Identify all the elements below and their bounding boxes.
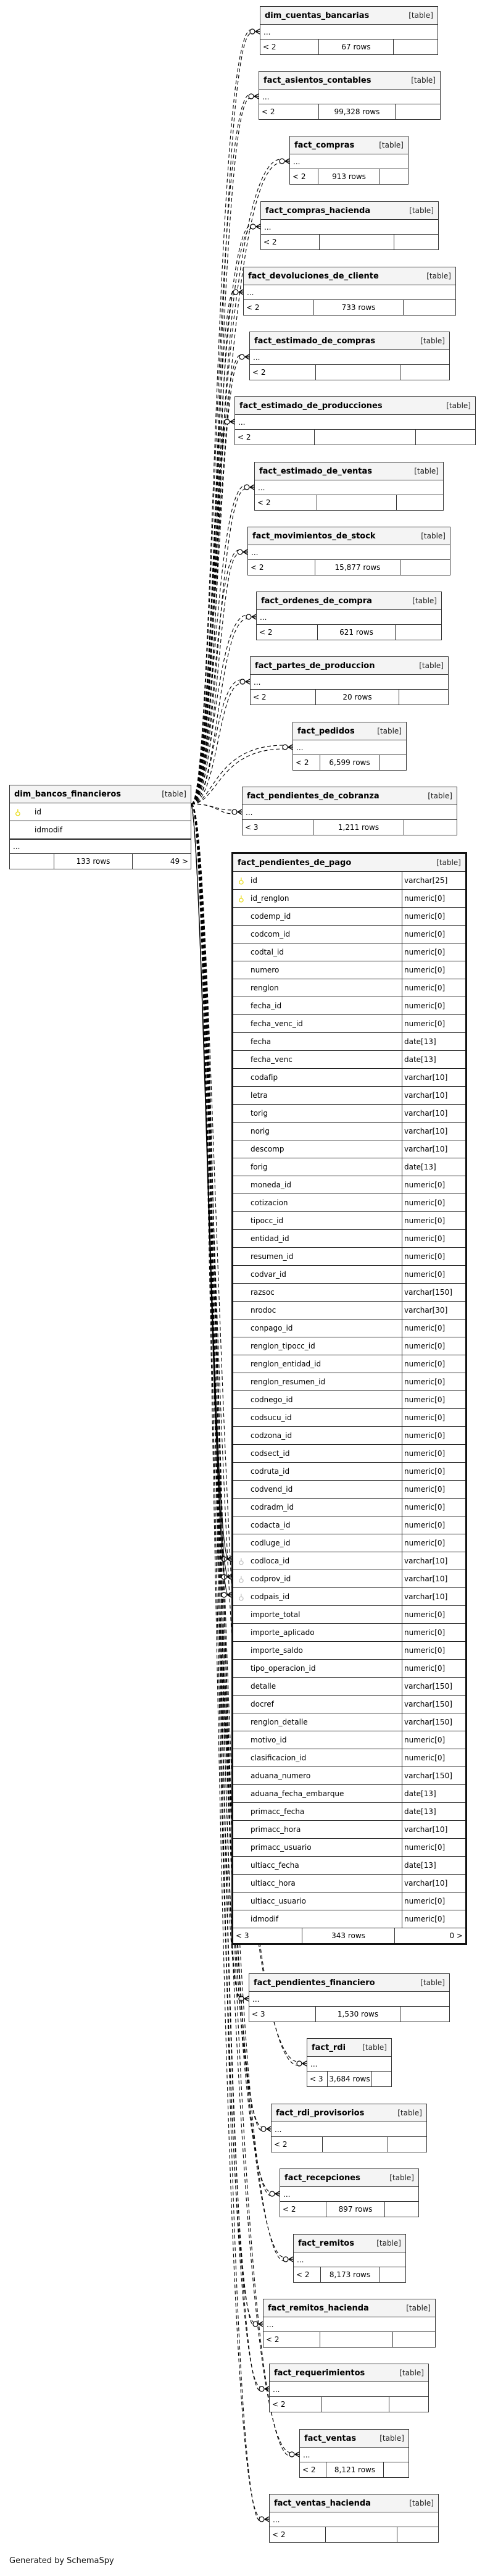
- column-row-codsucu-id: codsucu_idnumeric[0]: [233, 1409, 465, 1427]
- children-link[interactable]: [389, 2397, 428, 2412]
- column-row-codruta-id: codruta_idnumeric[0]: [233, 1463, 465, 1481]
- column-type: numeric[0]: [402, 1391, 465, 1408]
- table-name-fact-rdi[interactable]: fact_rdi: [312, 2043, 346, 2052]
- column-name: resumen_id: [249, 1252, 402, 1261]
- table-header: fact_rdi[table]: [307, 2039, 391, 2057]
- children-link[interactable]: [380, 169, 408, 184]
- column-type: date[13]: [402, 1803, 465, 1820]
- table-fact-remitos[interactable]: fact_remitos[table]...< 28,173 rows: [293, 2234, 406, 2283]
- table-name-fact-compras-hacienda[interactable]: fact_compras_hacienda: [265, 206, 370, 215]
- children-link[interactable]: [400, 560, 450, 575]
- table-footer: < 2897 rows: [280, 2202, 418, 2217]
- table-header: fact_devoluciones_de_cliente[table]: [244, 267, 455, 285]
- table-header: fact_requerimientos[table]: [270, 2364, 428, 2382]
- children-link[interactable]: [416, 430, 475, 445]
- table-type-label: [table]: [415, 532, 446, 540]
- row-count: [323, 2137, 388, 2152]
- parents-link[interactable]: < 3: [243, 820, 313, 835]
- table-name-fact-estimado-de-compras[interactable]: fact_estimado_de_compras: [254, 337, 375, 346]
- collapsed-columns: ...: [255, 480, 443, 495]
- column-row-codvar-id: codvar_idnumeric[0]: [233, 1266, 465, 1284]
- table-type-label: [table]: [373, 141, 404, 149]
- table-name-fact-ventas-hacienda[interactable]: fact_ventas_hacienda: [274, 2499, 371, 2508]
- column-name: id_renglon: [249, 894, 402, 903]
- column-name: codnego_id: [249, 1395, 402, 1404]
- column-name: importe_aplicado: [249, 1628, 402, 1637]
- collapsed-columns: ...: [272, 2122, 426, 2137]
- column-name: codvar_id: [249, 1270, 402, 1279]
- parents-link[interactable]: < 3: [233, 1928, 302, 1943]
- column-row-codprov-id: ⚲codprov_idvarchar[10]: [233, 1570, 465, 1588]
- column-row-ultiacc-hora: ultiacc_horavarchar[10]: [233, 1875, 465, 1892]
- table-header: dim_cuentas_bancarias[table]: [260, 7, 438, 25]
- table-type-label: [table]: [420, 272, 451, 280]
- column-row-codemp-id: codemp_idnumeric[0]: [233, 908, 465, 926]
- column-name: razsoc: [249, 1288, 402, 1297]
- table-fact-rdi[interactable]: fact_rdi[table]...< 33,684 rows: [307, 2038, 392, 2087]
- column-name: conpago_id: [249, 1324, 402, 1332]
- collapsed-columns: ...: [293, 740, 406, 755]
- parents-link[interactable]: < 2: [280, 2202, 326, 2217]
- collapsed-columns: ...: [294, 2252, 405, 2267]
- column-type: varchar[10]: [402, 1821, 465, 1838]
- table-type-label: [table]: [414, 1978, 445, 1987]
- table-name-fact-pendientes-financiero[interactable]: fact_pendientes_financiero: [254, 1978, 375, 1988]
- table-type-label: [table]: [408, 467, 439, 475]
- collapsed-columns: ...: [270, 2512, 438, 2527]
- column-row-conpago-id: conpago_idnumeric[0]: [233, 1319, 465, 1337]
- column-name: codloca_id: [249, 1557, 402, 1565]
- primary-key-icon: ⚲: [233, 876, 249, 885]
- primary-key-icon: ⚲: [233, 894, 249, 903]
- children-link[interactable]: [404, 300, 455, 315]
- table-name-fact-devoluciones-de-cliente[interactable]: fact_devoluciones_de_cliente: [248, 272, 379, 281]
- row-count: [317, 495, 397, 510]
- children-link[interactable]: [396, 625, 441, 640]
- column-row-aduana-fecha-embarque: aduana_fecha_embarquedate[13]: [233, 1785, 465, 1803]
- column-row-fecha-venc: fecha_vencdate[13]: [233, 1051, 465, 1069]
- table-name-fact-remitos[interactable]: fact_remitos: [298, 2239, 354, 2248]
- table-type-label: [table]: [414, 337, 445, 345]
- collapsed-columns: ...: [280, 2187, 418, 2202]
- column-name: id: [249, 876, 402, 885]
- table-header: fact_estimado_de_producciones[table]: [235, 397, 475, 415]
- table-name-fact-ordenes-de-compra[interactable]: fact_ordenes_de_compra: [261, 596, 372, 606]
- parents-link[interactable]: < 2: [261, 235, 320, 249]
- column-type: numeric[0]: [402, 1409, 465, 1426]
- column-name: renglon_resumen_id: [249, 1378, 402, 1386]
- column-type: numeric[0]: [402, 1749, 465, 1767]
- table-name-fact-movimientos-de-stock[interactable]: fact_movimientos_de_stock: [252, 532, 376, 541]
- column-name: clasificacion_id: [249, 1754, 402, 1762]
- table-name-fact-rdi-provisorios[interactable]: fact_rdi_provisorios: [276, 2109, 364, 2118]
- column-row-renglon: renglonnumeric[0]: [233, 979, 465, 997]
- collapsed-columns: ...: [263, 2317, 435, 2332]
- children-link[interactable]: [384, 2462, 409, 2477]
- column-row-importe-saldo: importe_saldonumeric[0]: [233, 1642, 465, 1660]
- column-row-entidad-id: entidad_idnumeric[0]: [233, 1230, 465, 1248]
- column-type: numeric[0]: [402, 1642, 465, 1659]
- children-link[interactable]: [399, 690, 448, 705]
- parents-link[interactable]: < 2: [263, 2332, 320, 2347]
- parents-link[interactable]: [10, 854, 54, 869]
- parents-link[interactable]: < 2: [259, 104, 319, 119]
- column-type: numeric[0]: [402, 1606, 465, 1623]
- column-name: forig: [249, 1163, 402, 1171]
- table-fact-estimado-de-ventas[interactable]: fact_estimado_de_ventas[table]...< 2: [254, 462, 444, 511]
- table-fact-movimientos-de-stock[interactable]: fact_movimientos_de_stock[table]...< 215…: [247, 527, 450, 575]
- children-link[interactable]: [380, 2267, 405, 2282]
- table-name-fact-pendientes-de-pago[interactable]: fact_pendientes_de_pago: [238, 858, 351, 868]
- table-footer: < 2913 rows: [290, 169, 408, 184]
- table-footer: < 2733 rows: [244, 300, 455, 315]
- table-name-fact-requerimientos[interactable]: fact_requerimientos: [274, 2369, 365, 2378]
- table-header: fact_ordenes_de_compra[table]: [257, 592, 441, 610]
- table-header: fact_pendientes_de_cobranza[table]: [243, 787, 457, 805]
- column-name: ultiacc_usuario: [249, 1897, 402, 1905]
- parents-link[interactable]: < 3: [249, 2007, 316, 2022]
- column-type: varchar[150]: [402, 1696, 465, 1713]
- column-type: numeric[0]: [402, 961, 465, 979]
- children-link[interactable]: [404, 820, 457, 835]
- parents-link[interactable]: < 2: [294, 2267, 321, 2282]
- parents-link[interactable]: < 2: [251, 690, 316, 705]
- table-dim-cuentas-bancarias[interactable]: dim_cuentas_bancarias[table]...< 267 row…: [260, 6, 438, 55]
- column-row-codtal-id: codtal_idnumeric[0]: [233, 943, 465, 961]
- collapsed-columns: ...: [307, 2057, 391, 2072]
- column-row-aduana-numero: aduana_numerovarchar[150]: [233, 1767, 465, 1785]
- children-link[interactable]: [385, 2202, 418, 2217]
- table-name-dim-cuentas-bancarias[interactable]: dim_cuentas_bancarias: [265, 11, 369, 20]
- column-type: varchar[25]: [402, 872, 465, 889]
- table-fact-compras-hacienda[interactable]: fact_compras_hacienda[table]...< 2: [260, 201, 439, 250]
- table-name-fact-estimado-de-ventas[interactable]: fact_estimado_de_ventas: [259, 467, 372, 476]
- row-count: 1,530 rows: [316, 2007, 400, 2022]
- column-type: numeric[0]: [402, 890, 465, 907]
- parents-link[interactable]: < 2: [290, 169, 318, 184]
- column-type: date[13]: [402, 1857, 465, 1874]
- children-link[interactable]: [388, 2137, 426, 2152]
- children-link[interactable]: 0 >: [395, 1928, 465, 1943]
- table-fact-pendientes-de-pago[interactable]: fact_pendientes_de_pago[table]⚲idvarchar…: [231, 852, 467, 1945]
- column-type: varchar[10]: [402, 1552, 465, 1570]
- column-type: numeric[0]: [402, 1660, 465, 1677]
- column-row-forig: forigdate[13]: [233, 1158, 465, 1176]
- parents-link[interactable]: < 2: [244, 300, 314, 315]
- column-type: numeric[0]: [402, 979, 465, 997]
- column-type: numeric[0]: [402, 1248, 465, 1265]
- children-link[interactable]: 49 >: [133, 854, 191, 869]
- children-link[interactable]: [394, 235, 438, 249]
- table-header: fact_estimado_de_compras[table]: [250, 332, 449, 350]
- table-fact-compras[interactable]: fact_compras[table]...< 2913 rows: [289, 136, 409, 185]
- table-type-label: [table]: [393, 2369, 424, 2377]
- column-row-letra: letravarchar[10]: [233, 1087, 465, 1105]
- parents-link[interactable]: < 2: [293, 755, 320, 770]
- column-name: renglon_detalle: [249, 1718, 402, 1726]
- table-header: fact_asientos_contables[table]: [259, 72, 440, 90]
- column-type: varchar[10]: [402, 1588, 465, 1605]
- foreign-key-icon: ⚲: [233, 1592, 249, 1602]
- column-name: cotizacion: [249, 1198, 402, 1207]
- table-name-fact-compras[interactable]: fact_compras: [294, 141, 354, 150]
- collapsed-columns: ...: [249, 1992, 449, 2007]
- table-footer: < 2: [250, 365, 449, 380]
- column-name: codtal_id: [249, 948, 402, 956]
- parents-link[interactable]: < 2: [300, 2462, 326, 2477]
- column-name: id: [26, 808, 191, 816]
- children-link[interactable]: [400, 365, 449, 380]
- row-count: 913 rows: [318, 169, 380, 184]
- collapsed-columns: ...: [260, 25, 438, 40]
- table-footer: < 28,173 rows: [294, 2267, 405, 2282]
- column-row-numero: numeronumeric[0]: [233, 961, 465, 979]
- row-count: 621 rows: [318, 625, 396, 640]
- table-footer: < 2: [270, 2397, 428, 2412]
- parents-link[interactable]: < 2: [272, 2137, 323, 2152]
- table-header: fact_pendientes_financiero[table]: [249, 1974, 449, 1992]
- column-type: numeric[0]: [402, 943, 465, 961]
- collapsed-columns: ...: [270, 2382, 428, 2397]
- column-row-codacta-id: codacta_idnumeric[0]: [233, 1516, 465, 1534]
- foreign-key-icon: ⚲: [233, 1557, 249, 1566]
- column-name: descomp: [249, 1145, 402, 1153]
- children-link[interactable]: [380, 755, 406, 770]
- table-fact-ventas-hacienda[interactable]: fact_ventas_hacienda[table]...< 2: [269, 2494, 439, 2543]
- children-link[interactable]: [394, 40, 438, 54]
- table-header: fact_remitos_hacienda[table]: [263, 2299, 435, 2317]
- column-type: numeric[0]: [402, 1212, 465, 1229]
- table-header: fact_ventas[table]: [300, 2430, 409, 2448]
- children-link[interactable]: [396, 104, 440, 119]
- table-fact-pendientes-financiero[interactable]: fact_pendientes_financiero[table]...< 31…: [249, 1973, 450, 2022]
- table-fact-rdi-provisorios[interactable]: fact_rdi_provisorios[table]...< 2: [271, 2104, 427, 2152]
- column-type: numeric[0]: [402, 1910, 465, 1928]
- parents-link[interactable]: < 3: [307, 2072, 328, 2086]
- column-row-ultiacc-fecha: ultiacc_fechadate[13]: [233, 1857, 465, 1875]
- table-type-label: [table]: [373, 2434, 404, 2443]
- parents-link[interactable]: < 2: [270, 2527, 326, 2542]
- column-row-torig: torigvarchar[10]: [233, 1105, 465, 1123]
- table-fact-asientos-contables[interactable]: fact_asientos_contables[table]...< 299,3…: [259, 71, 441, 120]
- column-name: codsect_id: [249, 1449, 402, 1458]
- column-name: fecha_venc: [249, 1055, 402, 1064]
- table-type-label: [table]: [405, 76, 436, 85]
- column-row-codnego-id: codnego_idnumeric[0]: [233, 1391, 465, 1409]
- table-header: fact_rdi_provisorios[table]: [272, 2104, 426, 2122]
- table-footer: < 2: [255, 495, 443, 510]
- column-row: idmodif: [10, 821, 191, 839]
- table-name-fact-asientos-contables[interactable]: fact_asientos_contables: [263, 76, 371, 85]
- collapsed-columns: ...: [251, 675, 448, 690]
- table-type-label: [table]: [356, 2043, 387, 2052]
- column-type: varchar[150]: [402, 1767, 465, 1784]
- column-type: date[13]: [402, 1051, 465, 1068]
- column-type: numeric[0]: [402, 1015, 465, 1032]
- column-name: motivo_id: [249, 1736, 402, 1744]
- row-count: 20 rows: [316, 690, 399, 705]
- foreign-key-icon: ⚲: [233, 1574, 249, 1584]
- parents-link[interactable]: < 2: [260, 40, 319, 54]
- children-link[interactable]: [397, 2527, 438, 2542]
- table-fact-requerimientos[interactable]: fact_requerimientos[table]...< 2: [269, 2364, 429, 2412]
- column-name: detalle: [249, 1682, 402, 1691]
- table-footer: < 3343 rows0 >: [233, 1928, 465, 1943]
- column-name: codzona_id: [249, 1431, 402, 1440]
- table-name-fact-remitos-hacienda[interactable]: fact_remitos_hacienda: [268, 2304, 369, 2313]
- column-type: numeric[0]: [402, 1266, 465, 1283]
- column-row-docref: docrefvarchar[150]: [233, 1696, 465, 1713]
- table-header: fact_movimientos_de_stock[table]: [248, 527, 450, 545]
- table-name-dim-bancos-financieros[interactable]: dim_bancos_financieros: [14, 790, 121, 799]
- collapsed-columns: ...: [257, 610, 441, 625]
- table-name-fact-partes-de-produccion[interactable]: fact_partes_de_produccion: [255, 661, 375, 671]
- table-name-fact-recepciones[interactable]: fact_recepciones: [284, 2173, 360, 2183]
- column-row-codradm-id: codradm_idnumeric[0]: [233, 1499, 465, 1516]
- table-fact-ventas[interactable]: fact_ventas[table]...< 28,121 rows: [299, 2429, 409, 2478]
- row-count: 99,328 rows: [319, 104, 396, 119]
- column-row-renglon-detalle: renglon_detallevarchar[150]: [233, 1713, 465, 1731]
- column-name: letra: [249, 1091, 402, 1100]
- column-row-renglon-tipocc-id: renglon_tipocc_idnumeric[0]: [233, 1337, 465, 1355]
- collapsed-columns: ...: [300, 2448, 409, 2462]
- column-row-codpais-id: ⚲codpais_idvarchar[10]: [233, 1588, 465, 1606]
- column-name: codluge_id: [249, 1539, 402, 1547]
- column-row-importe-total: importe_totalnumeric[0]: [233, 1606, 465, 1624]
- column-row-tipocc-id: tipocc_idnumeric[0]: [233, 1212, 465, 1230]
- row-count: 897 rows: [326, 2202, 385, 2217]
- table-type-label: [table]: [402, 11, 433, 20]
- column-name: aduana_numero: [249, 1771, 402, 1780]
- table-fact-remitos-hacienda[interactable]: fact_remitos_hacienda[table]...< 2: [263, 2299, 436, 2348]
- table-fact-recepciones[interactable]: fact_recepciones[table]...< 2897 rows: [280, 2168, 419, 2217]
- column-type: numeric[0]: [402, 1516, 465, 1534]
- column-row-moneda-id: moneda_idnumeric[0]: [233, 1176, 465, 1194]
- column-name: codsucu_id: [249, 1413, 402, 1422]
- column-row-razsoc: razsocvarchar[150]: [233, 1284, 465, 1302]
- children-link[interactable]: [372, 2072, 391, 2086]
- table-name-fact-estimado-de-producciones[interactable]: fact_estimado_de_producciones: [239, 401, 383, 411]
- table-fact-partes-de-produccion[interactable]: fact_partes_de_produccion[table]...< 220…: [250, 656, 449, 705]
- row-count: 8,173 rows: [321, 2267, 380, 2282]
- table-fact-estimado-de-compras[interactable]: fact_estimado_de_compras[table]...< 2: [249, 332, 450, 380]
- column-name: ultiacc_fecha: [249, 1861, 402, 1870]
- column-name: renglon_entidad_id: [249, 1360, 402, 1368]
- table-header: fact_pedidos[table]: [293, 722, 406, 740]
- table-footer: < 2: [272, 2137, 426, 2152]
- row-count: [326, 2527, 397, 2542]
- column-type: numeric[0]: [402, 1445, 465, 1462]
- column-name: codpais_id: [249, 1592, 402, 1601]
- table-name-fact-pedidos[interactable]: fact_pedidos: [297, 727, 355, 736]
- column-name: primacc_fecha: [249, 1807, 402, 1816]
- column-row-renglon-entidad-id: renglon_entidad_idnumeric[0]: [233, 1355, 465, 1373]
- table-header: fact_recepciones[table]: [280, 2169, 418, 2187]
- table-footer: 133 rows49 >: [10, 854, 191, 869]
- column-row-importe-aplicado: importe_aplicadonumeric[0]: [233, 1624, 465, 1642]
- column-type: numeric[0]: [402, 1373, 465, 1390]
- table-footer: < 28,121 rows: [300, 2462, 409, 2477]
- table-type-label: [table]: [421, 792, 452, 800]
- row-count: 1,211 rows: [313, 820, 404, 835]
- table-fact-pendientes-de-cobranza[interactable]: fact_pendientes_de_cobranza[table]...< 3…: [242, 787, 457, 835]
- row-count: 8,121 rows: [326, 2462, 384, 2477]
- parents-link[interactable]: < 2: [257, 625, 318, 640]
- table-footer: < 2: [261, 235, 438, 249]
- column-type: numeric[0]: [402, 997, 465, 1014]
- children-link[interactable]: [400, 2007, 449, 2022]
- column-name: importe_total: [249, 1610, 402, 1619]
- column-type: date[13]: [402, 1033, 465, 1050]
- collapsed-columns: ...: [244, 285, 455, 300]
- table-fact-ordenes-de-compra[interactable]: fact_ordenes_de_compra[table]...< 2621 r…: [256, 592, 442, 640]
- column-type: varchar[10]: [402, 1140, 465, 1158]
- parents-link[interactable]: < 2: [250, 365, 316, 380]
- column-name: primacc_hora: [249, 1825, 402, 1834]
- table-fact-devoluciones-de-cliente[interactable]: fact_devoluciones_de_cliente[table]...< …: [243, 267, 456, 316]
- row-count: 733 rows: [314, 300, 404, 315]
- column-row-cotizacion: cotizacionnumeric[0]: [233, 1194, 465, 1212]
- table-footer: < 2: [263, 2332, 435, 2347]
- table-type-label: [table]: [383, 2173, 414, 2182]
- parents-link[interactable]: < 2: [255, 495, 317, 510]
- column-name: docref: [249, 1700, 402, 1708]
- column-row-resumen-id: resumen_idnumeric[0]: [233, 1248, 465, 1266]
- column-row-codloca-id: ⚲codloca_idvarchar[10]: [233, 1552, 465, 1570]
- column-row-clasificacion-id: clasificacion_idnumeric[0]: [233, 1749, 465, 1767]
- collapsed-columns: ...: [10, 839, 191, 854]
- column-type: numeric[0]: [402, 1337, 465, 1355]
- column-type: varchar[10]: [402, 1069, 465, 1086]
- children-link[interactable]: [393, 2332, 435, 2347]
- parents-link[interactable]: < 2: [248, 560, 315, 575]
- row-count: [316, 365, 400, 380]
- column-type: numeric[0]: [402, 1176, 465, 1194]
- column-name: norig: [249, 1127, 402, 1135]
- column-name: numero: [249, 966, 402, 974]
- table-dim-bancos-financieros[interactable]: dim_bancos_financieros[table]⚲ididmodif.…: [9, 785, 191, 869]
- column-row-descomp: descompvarchar[10]: [233, 1140, 465, 1158]
- table-footer: < 299,328 rows: [259, 104, 440, 119]
- column-type: varchar[10]: [402, 1570, 465, 1587]
- children-link[interactable]: [397, 495, 443, 510]
- table-name-fact-pendientes-de-cobranza[interactable]: fact_pendientes_de_cobranza: [247, 792, 380, 801]
- parents-link[interactable]: < 2: [235, 430, 315, 445]
- column-type: numeric[0]: [402, 1481, 465, 1498]
- table-header: dim_bancos_financieros[table]: [10, 785, 191, 803]
- column-type: varchar[10]: [402, 1087, 465, 1104]
- table-fact-estimado-de-producciones[interactable]: fact_estimado_de_producciones[table]...<…: [234, 396, 476, 445]
- column-type: date[13]: [402, 1158, 465, 1176]
- column-row: ⚲id: [10, 803, 191, 821]
- collapsed-columns: ...: [235, 415, 475, 430]
- column-type: date[13]: [402, 1785, 465, 1802]
- generated-by-note: Generated by SchemaSpy: [9, 2556, 114, 2566]
- column-name: entidad_id: [249, 1234, 402, 1243]
- column-name: codruta_id: [249, 1467, 402, 1476]
- column-type: varchar[30]: [402, 1302, 465, 1319]
- table-header: fact_ventas_hacienda[table]: [270, 2494, 438, 2512]
- table-fact-pedidos[interactable]: fact_pedidos[table]...< 26,599 rows: [292, 722, 407, 771]
- table-header: fact_remitos[table]: [294, 2235, 405, 2252]
- table-header: fact_compras_hacienda[table]: [261, 202, 438, 220]
- column-row-primacc-hora: primacc_horavarchar[10]: [233, 1821, 465, 1839]
- column-type: numeric[0]: [402, 1319, 465, 1337]
- column-type: numeric[0]: [402, 926, 465, 943]
- parents-link[interactable]: < 2: [270, 2397, 322, 2412]
- table-name-fact-ventas[interactable]: fact_ventas: [304, 2434, 356, 2443]
- column-type: varchar[150]: [402, 1284, 465, 1301]
